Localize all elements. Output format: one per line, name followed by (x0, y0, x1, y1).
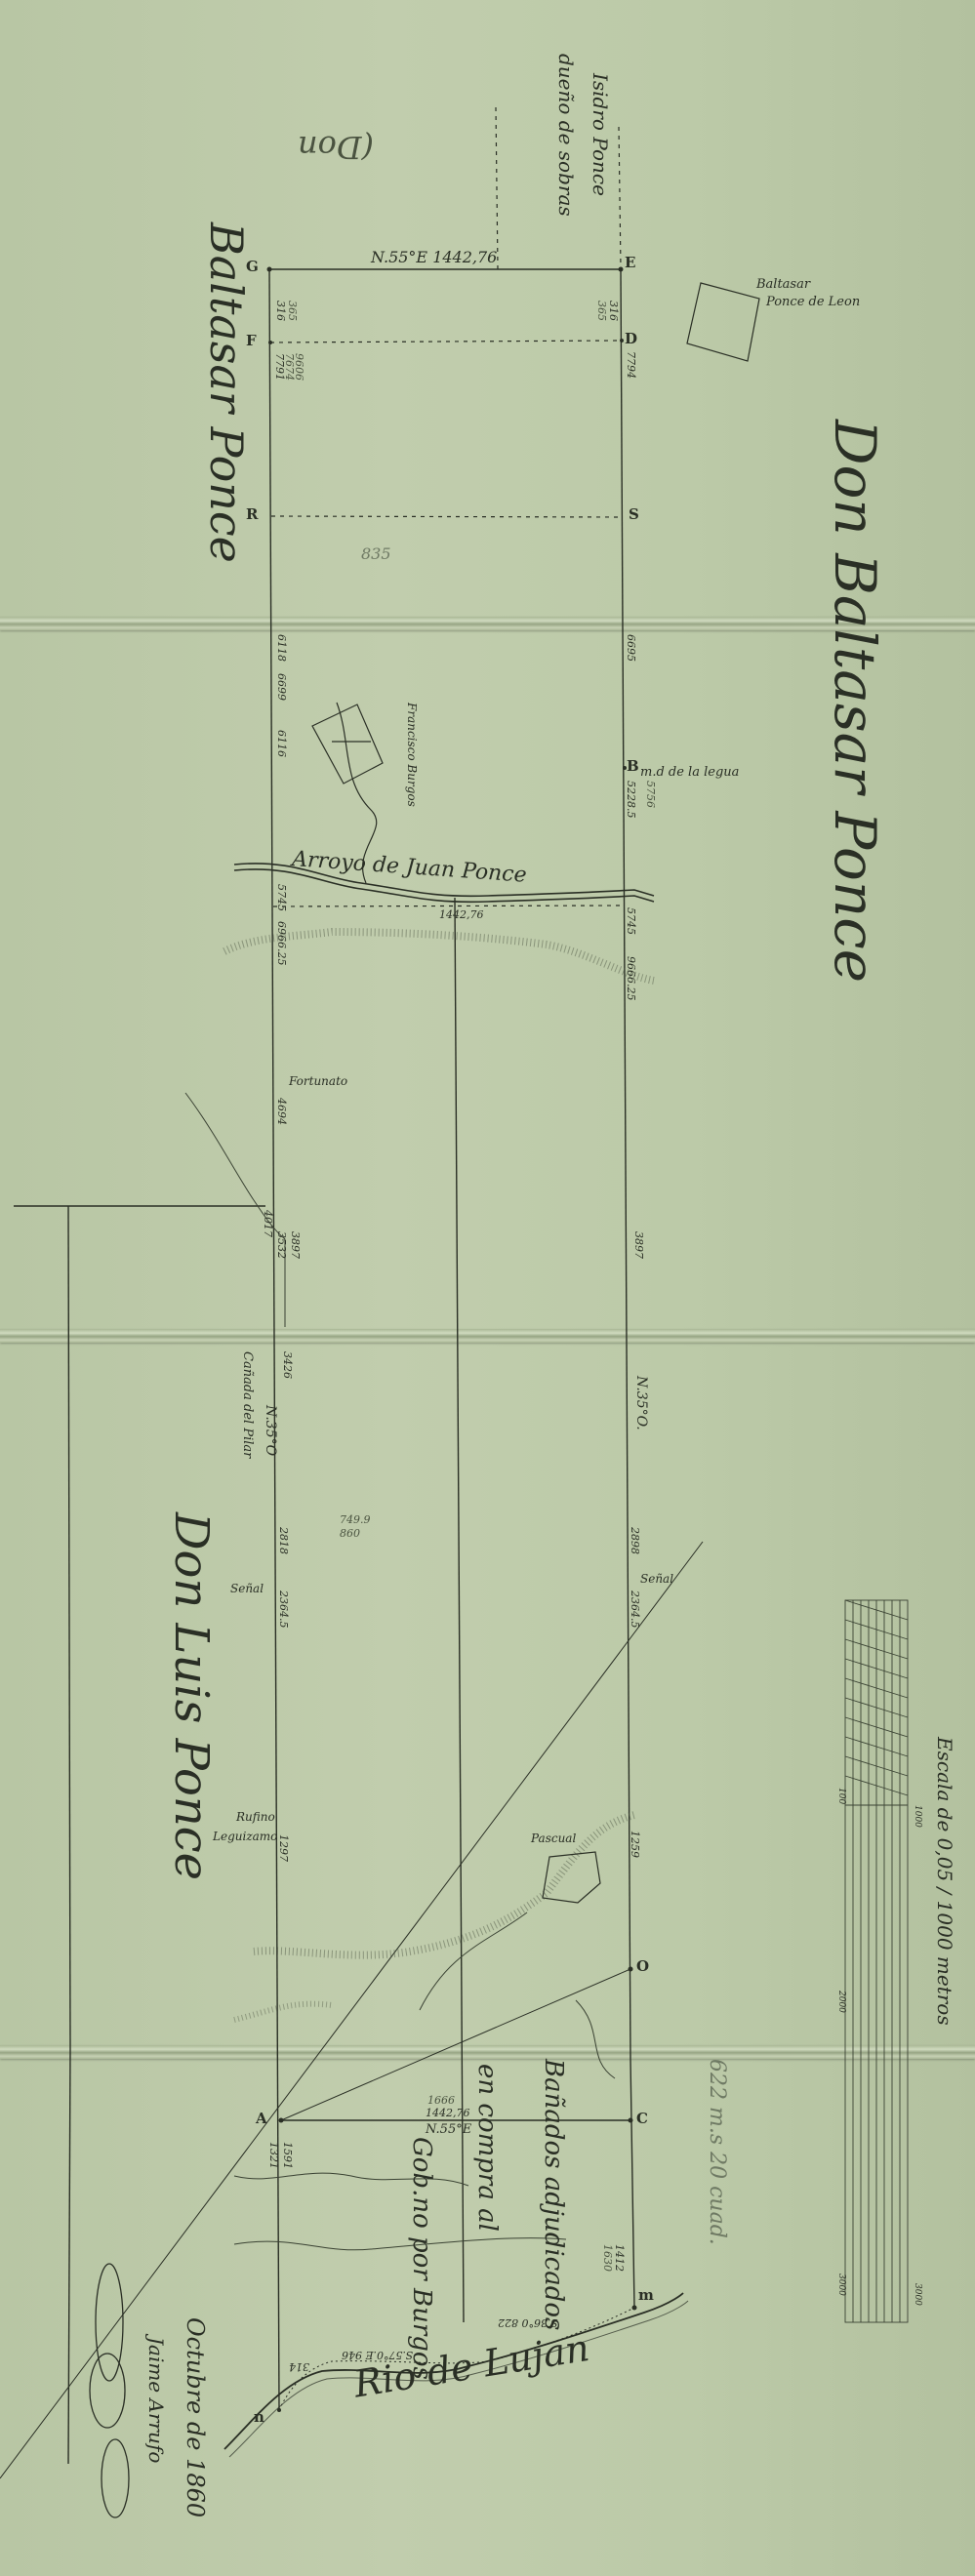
measure-left-6966: 6966.25 (276, 921, 287, 966)
area-value-1: 749.9 (340, 1514, 371, 1525)
measure-right-365: 365 (596, 301, 607, 321)
side-note: 622 m.s 20 cuad. (706, 2059, 727, 2245)
bearing-right-side: N.35°O. (634, 1376, 648, 1430)
bearing-ac-1666: 1666 (427, 2095, 455, 2106)
point-o: O (636, 1959, 649, 1974)
point-m: m (638, 2288, 654, 2303)
scale-mark-2000: 2000 (836, 1991, 845, 2013)
measure-right-5745: 5745 (626, 907, 636, 935)
measure-left-1321: 1321 (268, 2142, 279, 2169)
scale-mark-3000: 3000 (836, 2274, 845, 2296)
owner-label-duenio-sobras: dueño de sobras (556, 54, 576, 217)
point-r: R (246, 507, 258, 522)
measure-left-9606: 9606 (294, 353, 305, 381)
bearing-river-seg3: 314 (289, 2361, 309, 2372)
measure-right-5228: 5228.5 (626, 781, 636, 819)
point-c: C (636, 2112, 648, 2126)
swamp-label-1: Bañados adjudicados (541, 2059, 566, 2330)
measure-left-4017: 4017 (263, 1210, 273, 1237)
measure-left-3532: 3532 (276, 1231, 287, 1259)
measure-right-2364: 2364.5 (630, 1590, 640, 1629)
bearing-ac-1442: 1442,76 (426, 2108, 470, 2118)
signature-date: Octubre de 1860 (183, 2317, 207, 2517)
measure-left-2818: 2818 (278, 1527, 289, 1554)
point-b: B (627, 759, 639, 774)
senal-left-label: Señal (230, 1583, 264, 1594)
measure-right-2898: 2898 (630, 1527, 640, 1554)
measure-right-6695: 6695 (626, 634, 636, 662)
point-f: F (246, 334, 257, 348)
scale-mark-right-3000: 3000 (913, 2283, 921, 2306)
point-g: G (246, 260, 259, 274)
swamp-label-3: Gob.no por Burgos (409, 2137, 434, 2380)
measure-left-1297: 1297 (278, 1834, 289, 1862)
measure-left-365: 365 (287, 301, 298, 321)
measure-left-6118: 6118 (276, 634, 287, 662)
swamp-label-2: en compra al (474, 2064, 500, 2232)
scale-tick-right-1000: 1000 (913, 1805, 921, 1828)
measure-right-3897: 3897 (633, 1231, 644, 1259)
measure-left-3426: 3426 (282, 1351, 293, 1379)
fortunato-label: Fortunato (289, 1075, 347, 1087)
bearing-top: N.55°E 1442,76 (371, 250, 497, 265)
scale-tick-left-100: 100 (836, 1788, 845, 1804)
measure-right-316: 316 (608, 301, 619, 321)
measure-left-4694: 4694 (276, 1098, 287, 1125)
measure-center-835: 835 (361, 546, 391, 562)
pascual-label: Pascual (531, 1832, 576, 1844)
house-label-2: Ponce de Leon (766, 296, 860, 308)
measure-left-2364: 2364.5 (278, 1590, 289, 1629)
rufino-label-1: Rufino (236, 1811, 275, 1823)
point-n: n (254, 2410, 264, 2425)
point-a: A (256, 2112, 267, 2126)
bearing-ac-n55e: N.55°E (426, 2123, 471, 2136)
owner-label-don-luis-ponce: Don Luis Ponce (168, 1512, 215, 1880)
point-d: D (625, 332, 637, 346)
scale-title: Escala de 0,05 / 1000 metros (935, 1737, 955, 2026)
point-s: S (629, 507, 639, 522)
senal-right-label: Señal (640, 1573, 673, 1585)
measure-left-6699: 6699 (276, 673, 287, 701)
measure-left-3897: 3897 (290, 1231, 301, 1259)
measure-left-6116: 6116 (276, 730, 287, 757)
measure-right-7794: 7794 (626, 351, 636, 379)
quinta-label: Francisco Burgos (406, 703, 418, 807)
signature-name: Jaime Arrufo (146, 2337, 166, 2463)
measure-right-1412: 1412 (614, 2244, 625, 2272)
owner-label-baltasar-ponce: Baltasar Ponce (204, 222, 249, 563)
measure-right-1259: 1259 (630, 1831, 640, 1858)
measure-left-5745: 5745 (276, 884, 287, 911)
measure-right-1630: 1630 (602, 2244, 613, 2272)
bearing-left-side: N.35°O (264, 1405, 277, 1456)
area-value-2: 860 (340, 1528, 360, 1539)
legua-label: m.d de la legua (640, 766, 739, 779)
measure-left-1591: 1591 (282, 2142, 293, 2169)
point-e: E (625, 256, 635, 270)
bearing-river-seg2: S.36°0 822 (498, 2317, 558, 2328)
rufino-label-2: Leguizamo (213, 1831, 277, 1842)
owner-label-don-baltasar-ponce: Don Baltasar Ponce (827, 420, 883, 983)
owner-label-isidro-ponce: Isidro Ponce (590, 73, 610, 196)
measure-right-9666: 9666.25 (626, 956, 636, 1001)
faded-label-don: (Don (298, 132, 374, 163)
lagoon-label: Cañada del Pilar (241, 1351, 254, 1458)
measure-right-5756: 5756 (645, 781, 656, 808)
house-label-1: Baltasar (756, 278, 810, 291)
measure-left-316: 316 (275, 301, 286, 321)
measure-middle-1442: 1442,76 (439, 909, 484, 920)
